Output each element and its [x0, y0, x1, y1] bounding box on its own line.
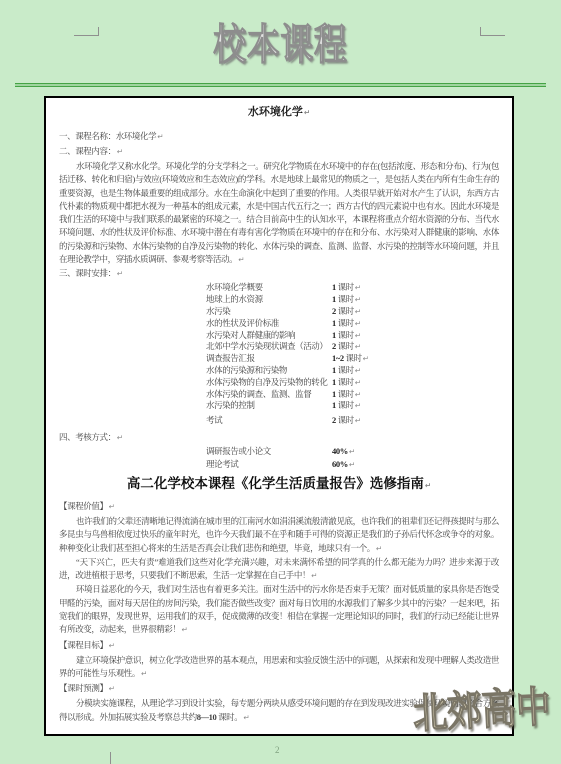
schedule-hours: 1 课时↵: [332, 400, 361, 412]
schedule-row: 北郊中学水污染现状调查（活动）2 课时↵: [206, 341, 499, 353]
paragraph-mark: ↵: [376, 544, 382, 553]
schedule-topic: 调查报告汇报: [206, 353, 332, 365]
schedule-hours: 1 课时↵: [332, 330, 361, 342]
schedule-row: 考试2 课时↵: [206, 415, 499, 427]
paragraph-mark: ↵: [117, 147, 123, 156]
schedule-hours: 2 课时↵: [332, 415, 361, 427]
value-paragraph: 环境日益恶化的今天，我们对生活也有着更多关注。面对生活中的污水你是否束手无策？面…: [59, 583, 499, 636]
assessment-row: 调研报告或小论文40%↵: [206, 445, 499, 459]
course-content-text: 水环境化学又称水化学。环境化学的分支学科之一。研究化学物质在水环境中的存在(包括…: [59, 161, 499, 264]
schedule-hours-unit: 课时: [336, 282, 354, 292]
schedule-list: 水环境化学概要1 课时↵ 地球上的水资源1 课时↵ 水污染2 课时↵ 水的性状及…: [206, 282, 499, 427]
schedule-row: 水的性状及评价标准1 课时↵: [206, 318, 499, 330]
paragraph-mark: ↵: [355, 378, 361, 387]
section-label-forecast-text: 【课时预测】: [59, 683, 108, 693]
schedule-hours-unit: 课时: [336, 341, 354, 351]
paragraph-mark: ↵: [349, 447, 355, 456]
paragraph-mark: ↵: [363, 354, 369, 363]
schedule-row: 水污染2 课时↵: [206, 306, 499, 318]
paragraph-mark: ↵: [355, 331, 361, 340]
doc-title-text: 水环境化学: [248, 106, 303, 118]
course-name-line: 一、课程名称：水环境化学↵: [59, 129, 499, 144]
paragraph-mark: ↵: [182, 625, 188, 634]
schedule-hours-unit: 课时: [336, 330, 354, 340]
goal-paragraph-text: 建立环境保护意识，树立化学改造世界的基本观点，用思索和实验反馈生活中的问题，从探…: [59, 655, 499, 678]
section-label-goal: 【课程目标】↵: [59, 638, 499, 653]
paragraph-mark: ↵: [355, 319, 361, 328]
schedule-topic: 水体污染物的自净及污染物的转化: [206, 377, 332, 389]
schedule-row: 地球上的水资源1 课时↵: [206, 294, 499, 306]
value-paragraph: “天下兴亡，匹夫有责”难道我们这些对化学充满兴趣，对未来满怀希望的同学真的什么都…: [59, 556, 499, 583]
schedule-heading-text: 三、课时安排：: [59, 268, 116, 278]
value-paragraph-text: 环境日益恶化的今天，我们对生活也有着更多关注。面对生活中的污水你是否束手无策？面…: [59, 584, 499, 634]
schedule-row: 水污染的控制1 课时↵: [206, 400, 499, 412]
schedule-heading: 三、课时安排：↵: [59, 266, 499, 281]
double-green-rule: [15, 83, 546, 87]
schedule-topic: 水体污染的调查、监测、监督: [206, 389, 332, 401]
schedule-hours: 1 课时↵: [332, 294, 361, 306]
assessment-row: 理论考试60%↵: [206, 458, 499, 472]
crop-mark-bottom: [110, 752, 111, 764]
assessment-value: 60%↵: [332, 458, 355, 472]
schedule-topic: 水污染: [206, 306, 332, 318]
schedule-hours: 1 课时↵: [332, 389, 361, 401]
course-content-label: 二、课程内容：↵: [59, 144, 499, 159]
schedule-hours: 1~2 课时↵: [332, 353, 369, 365]
banner-title: 校本课程: [62, 22, 500, 70]
page-number: 2: [275, 745, 280, 755]
paragraph-mark: ↵: [238, 255, 244, 264]
paragraph-mark: ↵: [157, 132, 163, 141]
guide-heading: 高二化学校本课程《化学生活质量报告》选修指南↵: [59, 475, 499, 494]
assessment-list: 调研报告或小论文40%↵ 理论考试60%↵: [206, 445, 499, 472]
goal-paragraph: 建立环境保护意识，树立化学改造世界的基本观点，用思索和实验反馈生活中的问题，从探…: [59, 654, 499, 681]
schedule-hours-unit: 课时: [336, 318, 354, 328]
paragraph-mark: ↵: [355, 416, 361, 425]
schedule-hours: 1 课时↵: [332, 282, 361, 294]
course-content-paragraph: 水环境化学又称水化学。环境化学的分支学科之一。研究化学物质在水环境中的存在(包括…: [59, 160, 499, 266]
paragraph-mark: ↵: [349, 460, 355, 469]
paragraph-mark: ↵: [117, 433, 123, 442]
schedule-hours-unit: 课时: [336, 389, 354, 399]
paragraph-mark: ↵: [117, 269, 123, 278]
school-watermark: 北郊高中: [412, 683, 552, 738]
schedule-row: 水体污染物的自净及污染物的转化1 课时↵: [206, 377, 499, 389]
assessment-heading: 四、考核方式：↵: [59, 430, 499, 445]
schedule-topic: 水污染对人群健康的影响: [206, 330, 332, 342]
value-paragraph: 也许我们的父辈还清晰地记得流淌在城市里的江南河水如涓涓溪流般清澈见底，也许我们的…: [59, 515, 499, 555]
guide-heading-text: 高二化学校本课程《化学生活质量报告》选修指南: [127, 476, 424, 491]
schedule-hours-unit: 课时: [336, 415, 354, 425]
value-paragraph-text: 也许我们的父辈还清晰地记得流淌在城市里的江南河水如涓涓溪流般清澈见底，也许我们的…: [59, 516, 499, 553]
schedule-hours-unit: 课时: [336, 377, 354, 387]
assessment-percent: 40%: [332, 446, 348, 456]
paragraph-mark: ↵: [109, 684, 115, 693]
forecast-hours-number: 8—10: [197, 712, 217, 722]
schedule-row: 调查报告汇报1~2 课时↵: [206, 353, 499, 365]
print-preview-canvas: 校本课程 水环境化学↵ 一、课程名称：水环境化学↵ 二、课程内容：↵ 水环境化学…: [0, 0, 561, 764]
paragraph-mark: ↵: [141, 669, 147, 678]
schedule-hours-number: 1~2: [332, 353, 344, 363]
paragraph-mark: ↵: [109, 502, 115, 511]
schedule-hours: 1 课时↵: [332, 365, 361, 377]
paragraph-mark: ↵: [109, 641, 115, 650]
assessment-heading-text: 四、考核方式：: [59, 432, 116, 442]
paragraph-mark: ↵: [355, 342, 361, 351]
schedule-row: 水体污染的调查、监测、监督1 课时↵: [206, 389, 499, 401]
schedule-topic: 水环境化学概要: [206, 282, 332, 294]
schedule-hours-unit: 课时: [336, 294, 354, 304]
schedule-hours-unit: 课时: [344, 353, 362, 363]
schedule-topic: 考试: [206, 415, 332, 427]
schedule-hours: 1 课时↵: [332, 318, 361, 330]
schedule-row: 水环境化学概要1 课时↵: [206, 282, 499, 294]
schedule-topic: 北郊中学水污染现状调查（活动）: [206, 341, 332, 353]
assessment-item: 调研报告或小论文: [206, 445, 332, 459]
doc-title: 水环境化学↵: [59, 105, 499, 120]
course-content-label-text: 二、课程内容：: [59, 146, 116, 156]
paragraph-mark: ↵: [243, 713, 249, 722]
course-name-text: 一、课程名称：水环境化学: [59, 131, 156, 141]
paragraph-mark: ↵: [355, 283, 361, 292]
paragraph-mark: ↵: [355, 401, 361, 410]
paragraph-mark: ↵: [355, 366, 361, 375]
paragraph-mark: ↵: [355, 307, 361, 316]
assessment-item: 理论考试: [206, 458, 332, 472]
forecast-paragraph-post: 课时。: [216, 712, 242, 722]
paragraph-mark: ↵: [304, 108, 310, 117]
schedule-hours: 1 课时↵: [332, 377, 361, 389]
document-page: 水环境化学↵ 一、课程名称：水环境化学↵ 二、课程内容：↵ 水环境化学又称水化学…: [44, 96, 514, 736]
schedule-hours-unit: 课时: [336, 365, 354, 375]
section-label-value-text: 【课程价值】: [59, 501, 108, 511]
section-label-value: 【课程价值】↵: [59, 499, 499, 514]
schedule-hours-unit: 课时: [336, 400, 354, 410]
paragraph-mark: ↵: [355, 295, 361, 304]
assessment-value: 40%↵: [332, 445, 355, 459]
schedule-hours-unit: 课时: [336, 306, 354, 316]
schedule-hours: 2 课时↵: [332, 341, 361, 353]
paragraph-mark: ↵: [425, 481, 431, 490]
schedule-topic: 水污染的控制: [206, 400, 332, 412]
schedule-topic: 水体的污染源和污染物: [206, 365, 332, 377]
schedule-hours: 2 课时↵: [332, 306, 361, 318]
schedule-topic: 地球上的水资源: [206, 294, 332, 306]
schedule-row: 水污染对人群健康的影响1 课时↵: [206, 330, 499, 342]
value-paragraph-text: “天下兴亡，匹夫有责”难道我们这些对化学充满兴趣，对未来满怀希望的同学真的什么都…: [59, 557, 499, 580]
section-label-goal-text: 【课程目标】: [59, 640, 108, 650]
schedule-topic: 水的性状及评价标准: [206, 318, 332, 330]
paragraph-mark: ↵: [355, 390, 361, 399]
assessment-percent: 60%: [332, 459, 348, 469]
schedule-row: 水体的污染源和污染物1 课时↵: [206, 365, 499, 377]
paragraph-mark: ↵: [311, 571, 317, 580]
